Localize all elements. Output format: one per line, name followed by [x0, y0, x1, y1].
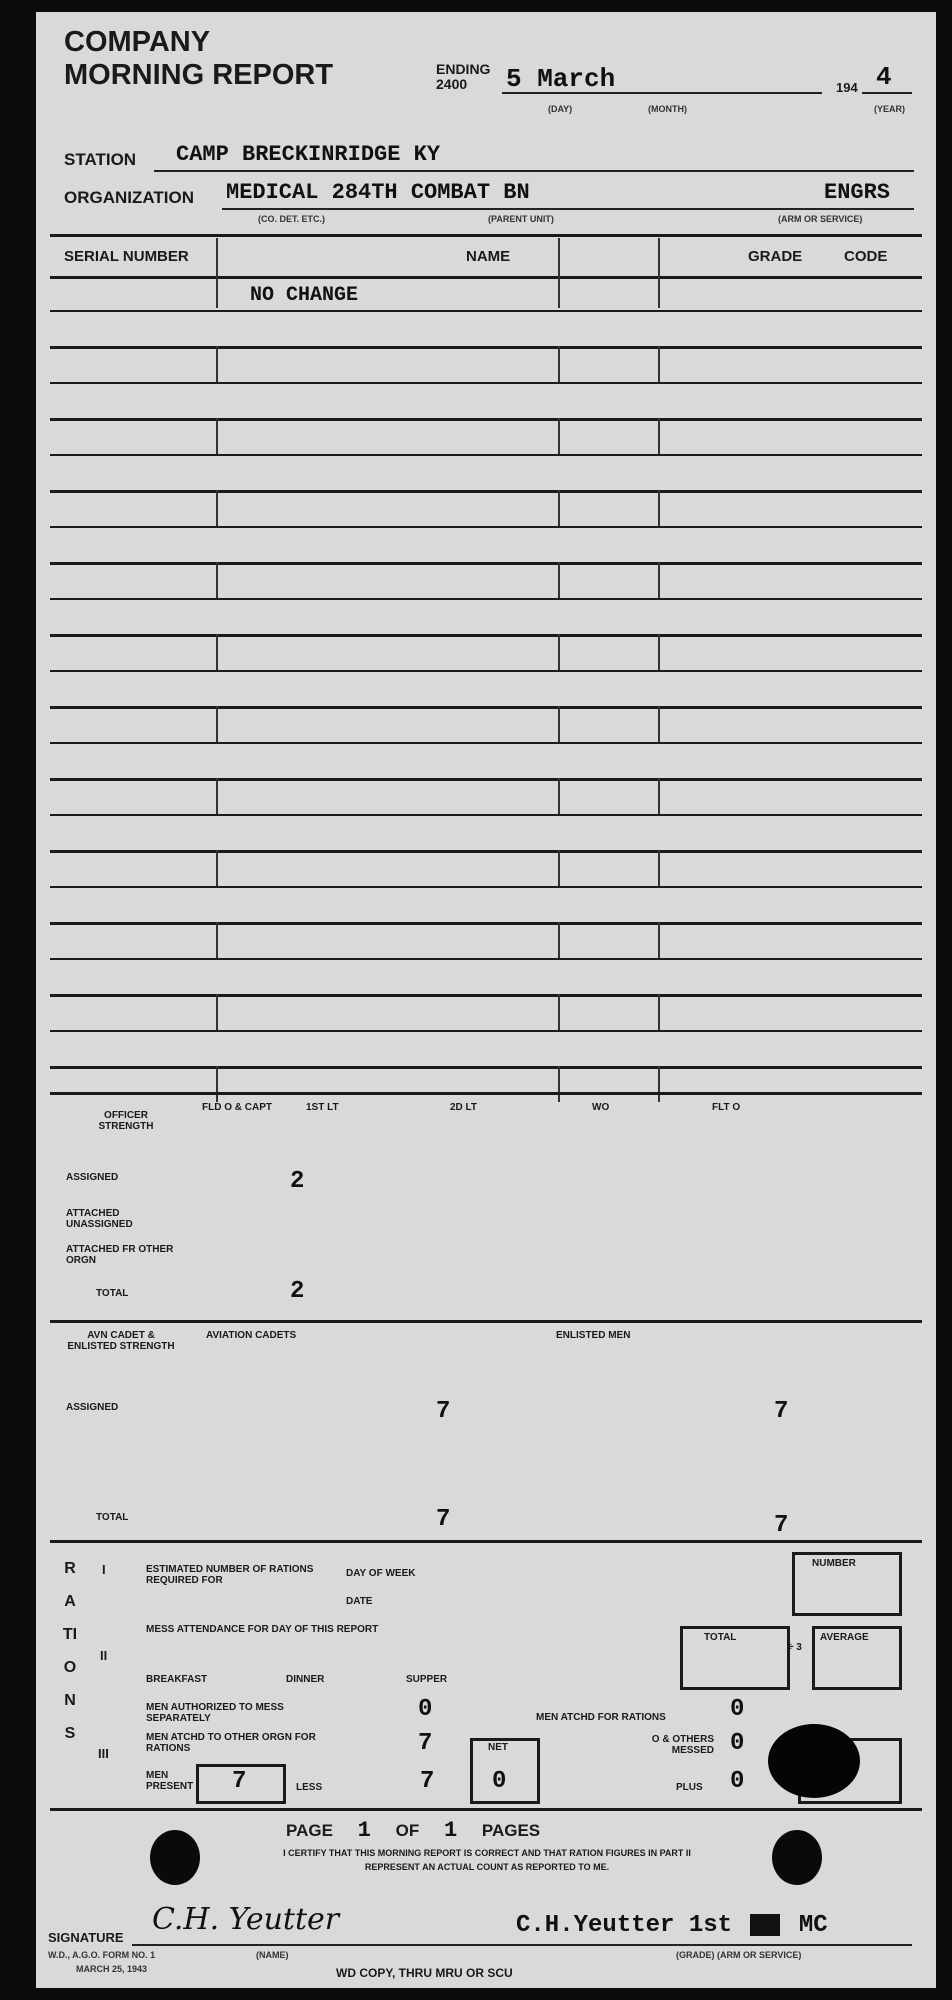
ink-blot-obscuring-final-box	[768, 1724, 860, 1798]
men-present-value: 7	[232, 1768, 246, 1795]
form-date: MARCH 25, 1943	[76, 1964, 147, 1974]
organization-value: MEDICAL 284TH COMBAT BN	[226, 180, 530, 205]
enlisted-total-present-and-absent: 7	[774, 1512, 788, 1539]
rations-side-label: RATIONS	[60, 1552, 80, 1750]
report-date: 5 March	[506, 64, 615, 94]
arm-or-service: ENGRS	[824, 180, 890, 205]
certification-text: I CERTIFY THAT THIS MORNING REPORT IS CO…	[272, 1846, 702, 1874]
ending-label: ENDING 2400	[436, 62, 490, 92]
officer-total-1st-lt-pres: 2	[290, 1278, 304, 1305]
enlisted-assigned-present-for-duty: 7	[436, 1398, 450, 1425]
page-count: PAGE 1 OF 1 PAGES	[286, 1818, 540, 1843]
roster-entry-name: NO CHANGE	[250, 284, 358, 307]
binder-hole	[772, 1830, 822, 1885]
handwritten-signature: C.H. Yeutter	[152, 1902, 339, 1937]
less-value: 7	[420, 1768, 434, 1795]
signature-printed-name: C.H.Yeutter 1st MC	[516, 1912, 828, 1939]
enlisted-total-present-for-duty: 7	[436, 1506, 450, 1533]
net-value: 0	[492, 1768, 506, 1795]
officer-strength-title: OFFICER STRENGTH	[66, 1110, 186, 1132]
men-auth-mess-separately-value: 0	[418, 1696, 432, 1723]
station-value: CAMP BRECKINRIDGE KY	[176, 142, 440, 167]
footer-routing: WD COPY, THRU MRU OR SCU	[336, 1966, 513, 1980]
obscured-grade-token	[750, 1914, 780, 1936]
o-others-messed-value: 0	[730, 1730, 744, 1757]
men-atchd-other-orgn-value: 7	[418, 1730, 432, 1757]
plus-value: 0	[730, 1768, 744, 1795]
officer-assigned-1st-lt-pres: 2	[290, 1168, 304, 1195]
enlisted-assigned-present-and-absent: 7	[774, 1398, 788, 1425]
men-atchd-rations-value: 0	[730, 1696, 744, 1723]
form-title: COMPANY MORNING REPORT	[64, 26, 333, 92]
binder-hole	[150, 1830, 200, 1885]
morning-report-form: COMPANY MORNING REPORT ENDING 2400 5 Mar…	[36, 12, 936, 1988]
report-year: 4	[876, 62, 892, 92]
